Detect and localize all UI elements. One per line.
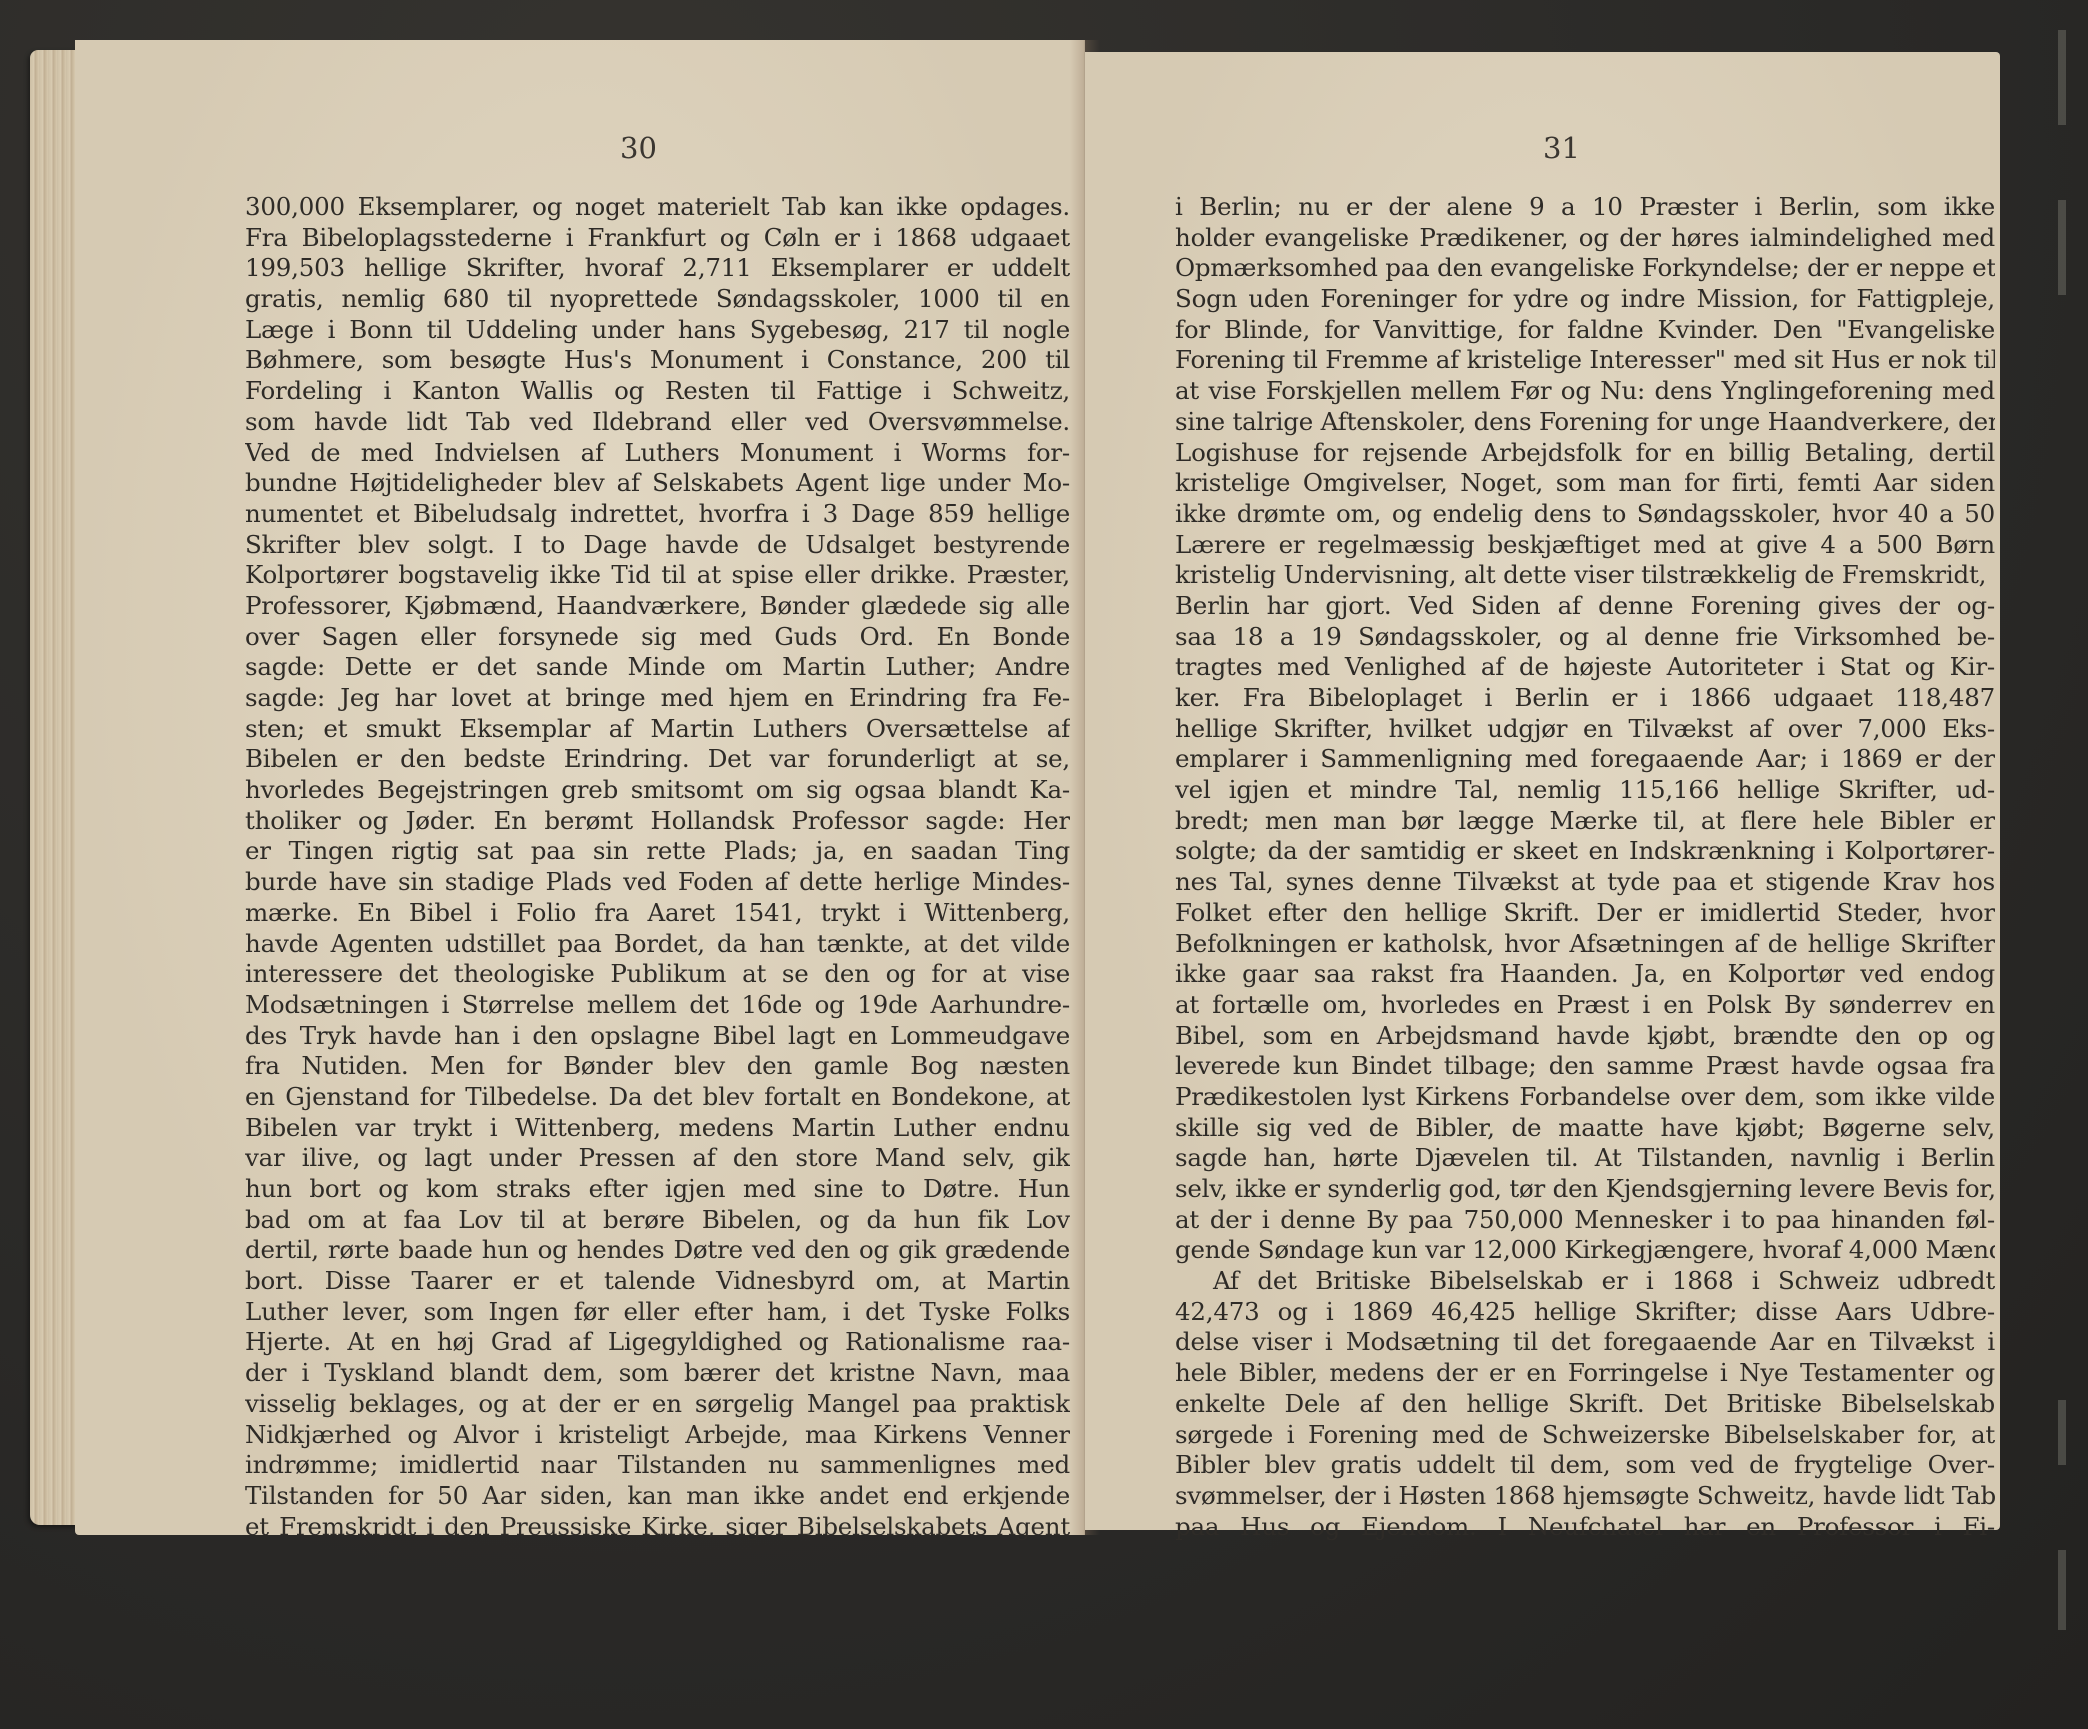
right-page: 31 i Berlin; nu er der alene 9 a 10 Præs… <box>1085 52 2000 1530</box>
text-line: skille sig ved de Bibler, de maatte have… <box>1175 1113 1995 1144</box>
text-line: nes Tal, synes denne Tilvækst at tyde pa… <box>1175 867 1995 898</box>
text-line: gratis, nemlig 680 til nyoprettede Sønda… <box>245 284 1070 315</box>
left-page: 30 300,000 Eksemplarer, og noget materie… <box>75 40 1085 1535</box>
page-edges-stack <box>30 50 80 1525</box>
text-line: Læge i Bonn til Uddeling under hans Syge… <box>245 315 1070 346</box>
text-line: des Tryk havde han i den opslagne Bibel … <box>245 1021 1070 1052</box>
text-line: at der i denne By paa 750,000 Mennesker … <box>1175 1205 1995 1236</box>
text-line: Modsætningen i Størrelse mellem det 16de… <box>245 990 1070 1021</box>
text-line: en Gjenstand for Tilbedelse. Da det blev… <box>245 1082 1070 1113</box>
text-line: Professorer, Kjøbmænd, Haandværkere, Bøn… <box>245 591 1070 622</box>
text-line: Bibelen er den bedste Erindring. Det var… <box>245 744 1070 775</box>
text-line: over Sagen eller forsynede sig med Guds … <box>245 622 1070 653</box>
text-line: selv, ikke er synderlig god, tør den Kje… <box>1175 1174 1995 1205</box>
scanner-edge-strip <box>2058 30 2066 125</box>
text-line: sagde: Jeg har lovet at bringe med hjem … <box>245 683 1070 714</box>
text-line: 199,503 hellige Skrifter, hvoraf 2,711 E… <box>245 253 1070 284</box>
text-line: bort. Disse Taarer er et talende Vidnesb… <box>245 1266 1070 1297</box>
text-line: tragtes med Venlighed af de højeste Auto… <box>1175 652 1995 683</box>
page-number-left: 30 <box>620 131 657 165</box>
text-line: emplarer i Sammenligning med foregaaende… <box>1175 744 1995 775</box>
scanner-edge-strip <box>2058 200 2066 295</box>
text-line: Bibelen var trykt i Wittenberg, medens M… <box>245 1113 1070 1144</box>
text-line: var ilive, og lagt under Pressen af den … <box>245 1143 1070 1174</box>
text-line: hun bort og kom straks efter igjen med s… <box>245 1174 1070 1205</box>
text-line: Logishuse for rejsende Arbejdsfolk for e… <box>1175 438 1995 469</box>
text-line: i Berlin; nu er der alene 9 a 10 Præster… <box>1175 192 1995 223</box>
text-line: Ved de med Indvielsen af Luthers Monumen… <box>245 438 1070 469</box>
text-line: kristelige Omgivelser, Noget, som man fo… <box>1175 468 1995 499</box>
text-line: sørgede i Forening med de Schweizerske B… <box>1175 1420 1995 1451</box>
text-line: at vise Forskjellen mellem Før og Nu: de… <box>1175 376 1995 407</box>
text-line: Af det Britiske Bibelselskab er i 1868 i… <box>1175 1266 1995 1297</box>
text-line: Opmærksomhed paa den evangeliske Forkynd… <box>1175 253 1995 284</box>
text-line: burde have sin stadige Plads ved Foden a… <box>245 867 1070 898</box>
text-line: bredt; men man bør lægge Mærke til, at f… <box>1175 806 1995 837</box>
text-line: holder evangeliske Prædikener, og der hø… <box>1175 223 1995 254</box>
text-line: der i Tyskland blandt dem, som bærer det… <box>245 1358 1070 1389</box>
text-line: delse viser i Modsætning til det foregaa… <box>1175 1327 1995 1358</box>
text-line: hellige Skrifter, hvilket udgjør en Tilv… <box>1175 714 1995 745</box>
text-line: som havde lidt Tab ved Ildebrand eller v… <box>245 407 1070 438</box>
text-line: Fra Bibeloplagsstederne i Frankfurt og C… <box>245 223 1070 254</box>
text-line: hele Bibler, medens der er en Forringels… <box>1175 1358 1995 1389</box>
text-line: Bibler blev gratis uddelt til dem, som v… <box>1175 1450 1995 1481</box>
page-number-right: 31 <box>1543 131 1580 165</box>
text-line: solgte; da der samtidig er skeet en Inds… <box>1175 836 1995 867</box>
open-book-spread: 30 300,000 Eksemplarer, og noget materie… <box>30 40 2050 1690</box>
text-line: et Fremskridt i den Preussiske Kirke, si… <box>245 1512 1070 1543</box>
text-line: ikke gaar saa rakst fra Haanden. Ja, en … <box>1175 959 1995 990</box>
text-line: Berlin har gjort. Ved Siden af denne For… <box>1175 591 1995 622</box>
text-line: interessere det theologiske Publikum at … <box>245 959 1070 990</box>
text-line: Tilstanden for 50 Aar siden, kan man ikk… <box>245 1481 1070 1512</box>
text-line: Skrifter blev solgt. I to Dage havde de … <box>245 530 1070 561</box>
text-line: sine talrige Aftenskoler, dens Forening … <box>1175 407 1995 438</box>
text-line: Kolportører bogstavelig ikke Tid til at … <box>245 560 1070 591</box>
text-line: saa 18 a 19 Søndagsskoler, og al denne f… <box>1175 622 1995 653</box>
text-line: Fordeling i Kanton Wallis og Resten til … <box>245 376 1070 407</box>
text-line: at fortælle om, hvorledes en Præst i en … <box>1175 990 1995 1021</box>
text-line: paa Hus og Ejendom. I Neufchatel har en … <box>1175 1512 1995 1543</box>
text-line: sten; et smukt Eksemplar af Martin Luthe… <box>245 714 1070 745</box>
text-line: tholiker og Jøder. En berømt Hollandsk P… <box>245 806 1070 837</box>
text-line: Befolkningen er katholsk, hvor Afsætning… <box>1175 929 1995 960</box>
text-line: fra Nutiden. Men for Bønder blev den gam… <box>245 1051 1070 1082</box>
text-line: hvorledes Begejstringen greb smitsomt om… <box>245 775 1070 806</box>
text-line: Forening til Fremme af kristelige Intere… <box>1175 345 1995 376</box>
text-line: Hjerte. At en høj Grad af Ligegyldighed … <box>245 1327 1070 1358</box>
text-line: svømmelser, der i Høsten 1868 hjemsøgte … <box>1175 1481 1995 1512</box>
text-line: Folket efter den hellige Skrift. Der er … <box>1175 898 1995 929</box>
text-line: numentet et Bibeludsalg indrettet, hvorf… <box>245 499 1070 530</box>
text-line: kristelig Undervisning, alt dette viser … <box>1175 560 1995 591</box>
text-line: bundne Højtideligheder blev af Selskabet… <box>245 468 1070 499</box>
text-line: Sogn uden Foreninger for ydre og indre M… <box>1175 284 1995 315</box>
scanner-edge-strip <box>2058 1550 2066 1630</box>
text-line: Luther lever, som Ingen før eller efter … <box>245 1297 1070 1328</box>
text-line: sagde: Dette er det sande Minde om Marti… <box>245 652 1070 683</box>
text-line: indrømme; imidlertid naar Tilstanden nu … <box>245 1450 1070 1481</box>
right-page-body-text: i Berlin; nu er der alene 9 a 10 Præster… <box>1175 192 1995 1542</box>
text-line: vel igjen et mindre Tal, nemlig 115,166 … <box>1175 775 1995 806</box>
text-line: ker. Fra Bibeloplaget i Berlin er i 1866… <box>1175 683 1995 714</box>
text-line: er Tingen rigtig sat paa sin rette Plads… <box>245 836 1070 867</box>
text-line: bad om at faa Lov til at berøre Bibelen,… <box>245 1205 1070 1236</box>
text-line: Lærere er regelmæssig beskjæftiget med a… <box>1175 530 1995 561</box>
text-line: dertil, rørte baade hun og hendes Døtre … <box>245 1235 1070 1266</box>
text-line: gende Søndage kun var 12,000 Kirkegjænge… <box>1175 1235 1995 1266</box>
text-line: enkelte Dele af den hellige Skrift. Det … <box>1175 1389 1995 1420</box>
left-page-body-text: 300,000 Eksemplarer, og noget materielt … <box>245 192 1070 1542</box>
text-line: 300,000 Eksemplarer, og noget materielt … <box>245 192 1070 223</box>
text-line: visselig beklages, og at der er en sørge… <box>245 1389 1070 1420</box>
text-line: Nidkjærhed og Alvor i kristeligt Arbejde… <box>245 1420 1070 1451</box>
text-line: for Blinde, for Vanvittige, for faldne K… <box>1175 315 1995 346</box>
text-line: Prædikestolen lyst Kirkens Forbandelse o… <box>1175 1082 1995 1113</box>
scanner-edge-strip <box>2058 1400 2066 1465</box>
text-line: Bibel, som en Arbejdsmand havde kjøbt, b… <box>1175 1021 1995 1052</box>
text-line: mærke. En Bibel i Folio fra Aaret 1541, … <box>245 898 1070 929</box>
text-line: ikke drømte om, og endelig dens to Sønda… <box>1175 499 1995 530</box>
text-line: havde Agenten udstillet paa Bordet, da h… <box>245 929 1070 960</box>
text-line: Bøhmere, som besøgte Hus's Monument i Co… <box>245 345 1070 376</box>
text-line: sagde han, hørte Djævelen til. At Tilsta… <box>1175 1143 1995 1174</box>
text-line: leverede kun Bindet tilbage; den samme P… <box>1175 1051 1995 1082</box>
text-line: 42,473 og i 1869 46,425 hellige Skrifter… <box>1175 1297 1995 1328</box>
